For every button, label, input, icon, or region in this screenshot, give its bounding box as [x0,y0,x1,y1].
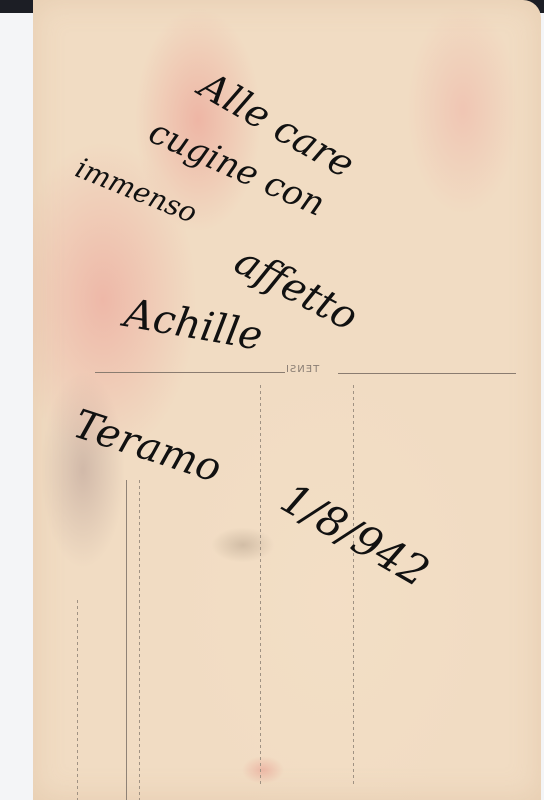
printed-divider-right [338,373,516,374]
solid-line [126,480,127,800]
dashed-line-1 [77,600,78,800]
postcard-back: TENSI Alle care cugine con immenso affet… [33,0,541,800]
dashed-line-2 [139,480,140,800]
publisher-mark: TENSI [285,364,319,375]
signature: Achille [121,290,266,359]
place: Teramo [68,401,227,492]
printed-divider-left [95,372,285,373]
dashed-line-4 [353,385,354,785]
dashed-line-3 [260,385,261,785]
date: 1/8/942 [273,473,438,596]
